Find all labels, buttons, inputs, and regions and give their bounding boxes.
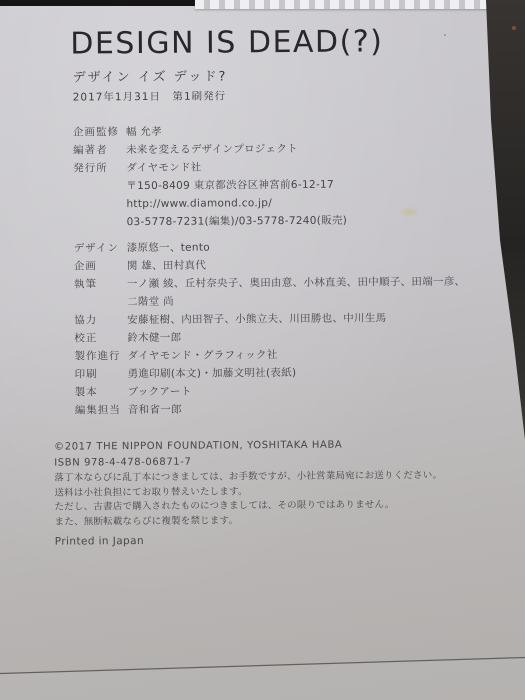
credit-label: 印刷 — [75, 365, 128, 383]
credit-value: ブックアート — [128, 383, 192, 401]
credit-value: 漆原悠一、tento — [127, 239, 210, 258]
credit-label — [73, 195, 126, 213]
credit-row: 編集担当 音和省一郎 — [75, 399, 467, 420]
credit-row: 発行所 ダイヤモンド社 — [73, 158, 347, 178]
printed-in-japan: Printed in Japan — [55, 532, 443, 550]
return-policy-note: 落丁本ならびに乱丁本につきましては、お手数ですが、小社営業局宛にお送りください。 — [54, 469, 442, 486]
credit-label — [73, 213, 126, 231]
credit-row: 企画監修 幅 允孝 — [73, 122, 347, 142]
credit-value: 勇進印刷(本文)・加藤文明社(表紙) — [128, 364, 297, 383]
isbn-line: ISBN 978-4-478-06871-7 — [54, 452, 442, 470]
edition-date-line: 2017年1月31日 第1刷発行 — [73, 88, 227, 104]
credit-row: 編著者 未来を変えるデザインプロジェクト — [73, 140, 347, 160]
credit-value: 二階堂 尚 — [127, 293, 174, 311]
book-subtitle-kana: デザイン イズ デッド? — [72, 65, 227, 85]
return-policy-note: ただし、古書店で購入されたものにつきましては、その限りではありません。 — [54, 498, 442, 515]
credit-value: 関 雄、田村真代 — [127, 257, 206, 276]
publisher-address: 〒150-8409 東京都渋谷区神宮前6-12-17 — [126, 176, 334, 195]
credit-label: デザイン — [74, 239, 127, 257]
credit-label: 編著者 — [73, 141, 126, 159]
production-credits: デザイン 漆原悠一、tento 企画 関 雄、田村真代 執筆 一ノ瀬 綾、丘村奈… — [74, 237, 467, 420]
credit-label: 製作進行 — [74, 347, 127, 365]
credit-label: 製本 — [75, 383, 128, 401]
credit-value: 未来を変えるデザインプロジェクト — [126, 140, 298, 159]
credit-row: 執筆 一ノ瀬 綾、丘村奈央子、奥田由意、小林直美、田中順子、田端一彦、 — [74, 273, 466, 294]
credit-label — [73, 177, 126, 195]
reproduction-note: また、無断転載ならびに複製を禁じます。 — [55, 513, 443, 530]
credit-label: 協力 — [74, 311, 127, 329]
credit-value: 安藤柾樹、内田智子、小熊立夫、川田勝也、中川生馬 — [127, 309, 386, 329]
credit-label: 編集担当 — [75, 401, 128, 419]
credit-label: 発行所 — [73, 159, 126, 177]
credit-label: 執筆 — [74, 275, 127, 293]
credit-value: 一ノ瀬 綾、丘村奈央子、奥田由意、小林直美、田中順子、田端一彦、 — [127, 273, 466, 293]
book-colophon-photo: DESIGN IS DEAD(?) デザイン イズ デッド? 2017年1月31… — [0, 0, 525, 700]
credit-label: 企画監修 — [73, 123, 126, 141]
credit-value: 鈴木健一郎 — [127, 329, 181, 347]
credit-value: ダイヤモンド・グラフィック社 — [127, 346, 277, 365]
colophon-content: DESIGN IS DEAD(?) デザイン イズ デッド? 2017年1月31… — [0, 0, 525, 700]
credit-label — [74, 293, 127, 311]
credit-value: 音和省一郎 — [128, 401, 182, 419]
publisher-phone: 03-5778-7231(編集)/03-5778-7240(販売) — [126, 212, 347, 232]
credit-row: http://www.diamond.co.jp/ — [73, 194, 347, 214]
publisher-credits: 企画監修 幅 允孝 編著者 未来を変えるデザインプロジェクト 発行所 ダイヤモン… — [73, 122, 347, 232]
publisher-url: http://www.diamond.co.jp/ — [126, 194, 272, 213]
legal-footer: ©2017 THE NIPPON FOUNDATION, YOSHITAKA H… — [54, 437, 443, 551]
credit-row: 〒150-8409 東京都渋谷区神宮前6-12-17 — [73, 176, 347, 196]
credit-value: ダイヤモンド社 — [126, 159, 202, 178]
book-title: DESIGN IS DEAD(?) — [70, 24, 383, 61]
credit-label: 企画 — [74, 257, 127, 275]
credit-value: 幅 允孝 — [126, 123, 162, 141]
credit-label: 校正 — [74, 329, 127, 347]
credit-row: 03-5778-7231(編集)/03-5778-7240(販売) — [73, 212, 347, 232]
